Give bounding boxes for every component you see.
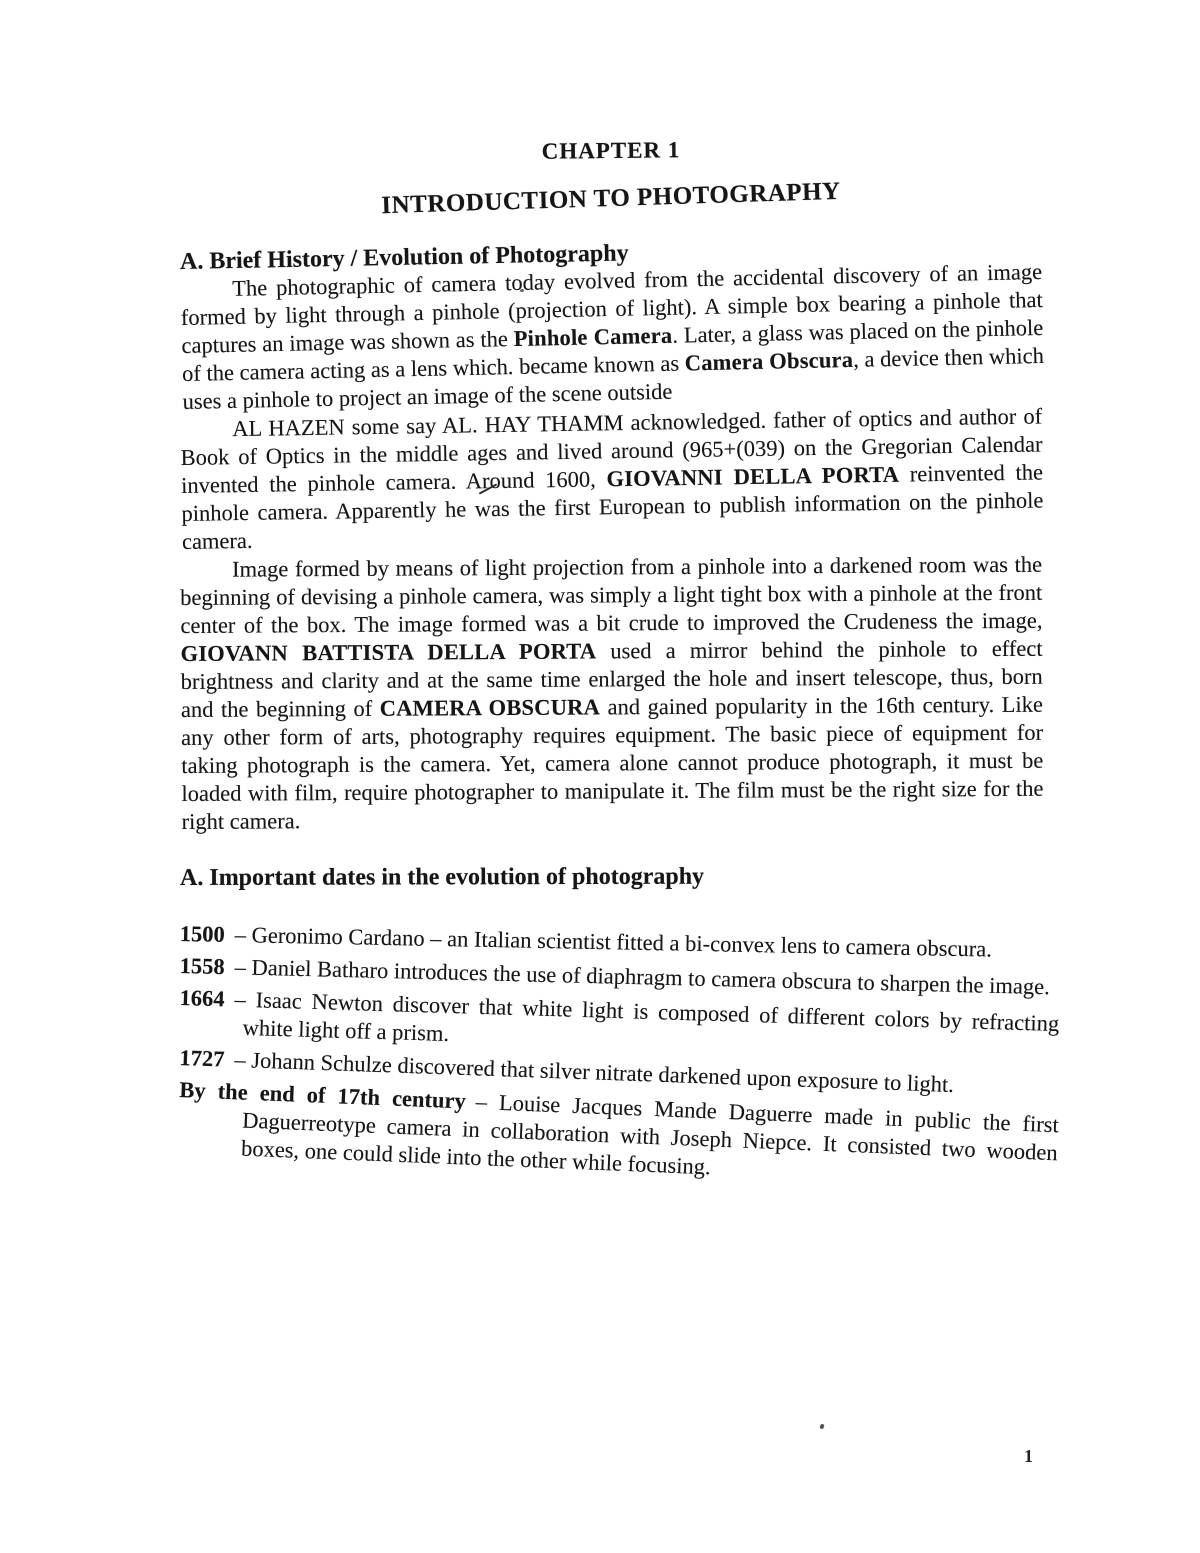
- bold-text-pinhole-camera: Pinhole Camera: [513, 323, 672, 351]
- timeline-year: 1500: [180, 921, 225, 947]
- paragraph-al-hazen: AL HAZEN some say AL. HAY THAMM acknowle…: [180, 402, 1044, 556]
- timeline-year: 1664: [179, 985, 225, 1011]
- paragraph-camera-obscura-history: Image formed by means of light projectio…: [180, 551, 1044, 836]
- scan-speck: [819, 1423, 824, 1429]
- bold-text-giovann-battista: GIOVANN BATTISTA DELLA PORTA: [181, 638, 597, 666]
- document-title: INTRODUCTION TO PHOTOGRAPHY: [180, 170, 1043, 227]
- document-page: CHAPTER 1 INTRODUCTION TO PHOTOGRAPHY A.…: [0, 0, 1200, 1553]
- timeline-year: By the end of 17th century: [179, 1077, 466, 1113]
- chapter-heading: CHAPTER 1: [180, 133, 1042, 168]
- paragraph-pinhole-camera: The photographic of camera today evolved…: [180, 258, 1045, 416]
- scan-speck: [520, 289, 524, 292]
- bold-text-camera-obscura: Camera Obscura: [684, 347, 853, 376]
- timeline-year: 1727: [179, 1045, 225, 1072]
- text-segment: Image formed by means of light projectio…: [180, 552, 1042, 638]
- page-number: 1: [1024, 1446, 1033, 1467]
- page-content: CHAPTER 1 INTRODUCTION TO PHOTOGRAPHY A.…: [180, 138, 1042, 1164]
- bold-text-giovanni-della-porta: GIOVANNI DELLA PORTA: [606, 462, 899, 492]
- section-heading-dates: A. Important dates in the evolution of p…: [180, 862, 1042, 892]
- bold-text-camera-obscura-caps: CAMERA OBSCURA: [380, 694, 600, 720]
- timeline-year: 1558: [179, 953, 225, 979]
- timeline-list: 1500– Geronimo Cardano – an Italian scie…: [180, 920, 1060, 1160]
